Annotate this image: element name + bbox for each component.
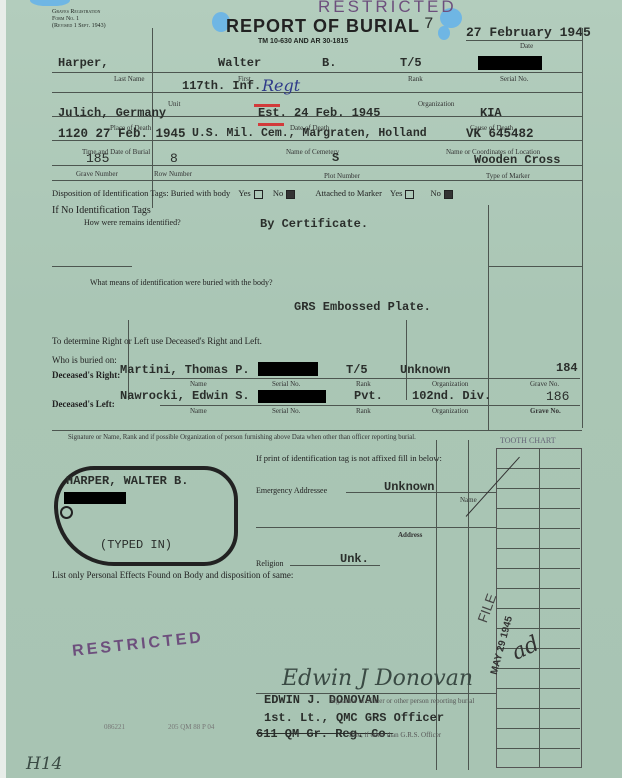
- title-label: Title, if other than G.R.S. Officer: [348, 731, 441, 739]
- red-mark: [258, 123, 284, 126]
- grave-number: 185: [86, 151, 109, 166]
- deceased-rank: T/5: [400, 56, 422, 70]
- col-org-label: Organization: [432, 380, 468, 388]
- grave-number-label: Grave Number: [76, 170, 118, 178]
- how-identified-answer: By Certificate.: [260, 217, 368, 231]
- religion-value: Unk.: [340, 552, 369, 566]
- right-serial-redaction: [258, 362, 318, 376]
- dog-tag-note: (TYPED IN): [100, 538, 172, 552]
- emergency-addressee-value: Unknown: [384, 480, 434, 494]
- deceased-unit: 117th. Inf.: [182, 79, 261, 93]
- means-answer: GRS Embossed Plate.: [294, 300, 431, 314]
- deceased-initial: B.: [322, 56, 336, 70]
- handwritten-corner-note: H14: [26, 754, 62, 774]
- blue-spot: [438, 26, 450, 40]
- col-org-label: Organization: [432, 407, 468, 415]
- organization-label: Organization: [418, 100, 454, 108]
- type-of-marker: Wooden Cross: [474, 153, 560, 167]
- location-coordinates: VK 645482: [466, 127, 534, 141]
- left-grave: 186: [546, 389, 569, 404]
- no-tags-heading: If No Identification Tags: [52, 205, 151, 216]
- left-serial-redaction: [258, 390, 326, 403]
- stamp-code-1: 086221: [104, 723, 125, 731]
- report-date: 27 February 1945: [466, 25, 591, 40]
- signature-label: Signature of officer or other person rep…: [330, 697, 474, 705]
- col-rank-label: Rank: [356, 407, 371, 415]
- personal-effects-label: List only Personal Effects Found on Body…: [52, 570, 293, 580]
- col-serial-label: Serial No.: [272, 380, 300, 388]
- deceased-left-label: Deceased's Left:: [52, 399, 115, 409]
- plot-number-label: Plot Number: [324, 172, 360, 180]
- form-agency: Graves Registration: [52, 9, 106, 16]
- cause-of-death: KIA: [480, 106, 502, 120]
- stamp-code-2: 205 QM 88 P 04: [168, 723, 214, 731]
- buried-yes-checkbox[interactable]: [254, 190, 263, 199]
- unit-handwritten: Regt: [262, 76, 300, 95]
- form-revision: (Revised 1 Sept. 1943): [52, 23, 106, 30]
- type-of-marker-label: Type of Marker: [486, 172, 530, 180]
- red-mark: [254, 104, 280, 107]
- row-number: 8: [170, 151, 178, 166]
- left-name: Nawrocki, Edwin S.: [120, 389, 250, 403]
- col-serial-label: Serial No.: [272, 407, 300, 415]
- restricted-stamp-top: RESTRICTED: [318, 0, 457, 17]
- right-left-instruction: To determine Right or Left use Deceased'…: [52, 336, 262, 346]
- dog-tag-name: HARPER, WALTER B.: [66, 474, 188, 488]
- attached-no-checkbox[interactable]: [444, 190, 453, 199]
- deceased-right-label: Deceased's Right:: [52, 370, 120, 380]
- time-date-burial: 1120 27 Feb. 1945: [58, 127, 186, 141]
- right-grave: 184: [556, 361, 578, 375]
- right-rank: T/5: [346, 363, 368, 377]
- serial-redaction: [478, 56, 542, 70]
- rank-label: Rank: [408, 75, 423, 83]
- means-question: What means of identification were buried…: [90, 278, 273, 287]
- buried-no-checkbox[interactable]: [286, 190, 295, 199]
- emergency-addressee-label: Emergency Addressee: [256, 486, 327, 495]
- religion-label: Religion: [256, 559, 284, 568]
- officer-signature: Edwin J Donovan: [282, 666, 473, 691]
- form-id: Graves Registration Form No. 1 (Revised …: [52, 9, 106, 30]
- left-rank: Pvt.: [354, 389, 383, 403]
- date-of-death: Est. 24 Feb. 1945: [258, 106, 380, 120]
- page-number: 7: [424, 15, 434, 33]
- left-organization: 102nd. Div.: [412, 389, 491, 403]
- col-grave-label: Grave No.: [530, 380, 559, 388]
- col-name-label: Name: [190, 407, 207, 415]
- attached-yes-checkbox[interactable]: [405, 190, 414, 199]
- form-number: Form No. 1: [52, 16, 106, 23]
- officer-rank-title: 1st. Lt., QMC GRS Officer: [264, 711, 444, 725]
- tooth-chart-label: TOOTH CHART: [500, 436, 556, 445]
- deceased-first-name: Walter: [218, 56, 261, 70]
- place-of-death: Julich, Germany: [58, 106, 166, 120]
- col-rank-label: Rank: [356, 380, 371, 388]
- col-grave-label: Grave No.: [530, 407, 561, 415]
- plot-number: S: [332, 151, 339, 165]
- col-name-label: Name: [190, 380, 207, 388]
- deceased-last-name: Harper,: [58, 56, 108, 70]
- row-number-label: Row Number: [154, 170, 192, 178]
- dog-tag-hole: [60, 506, 73, 519]
- dog-tag-serial-redaction: [64, 492, 126, 504]
- right-organization: Unknown: [400, 363, 450, 377]
- address-label: Address: [398, 531, 422, 539]
- date-label: Date: [520, 42, 533, 50]
- cemetery-name: U.S. Mil. Cem., Margraten, Holland: [192, 127, 427, 140]
- serial-label: Serial No.: [500, 75, 528, 83]
- form-title: REPORT OF BURIAL: [226, 16, 420, 37]
- how-identified-question: How were remains identified?: [84, 218, 181, 227]
- unit-label: Unit: [168, 100, 180, 108]
- right-name: Martini, Thomas P.: [120, 363, 250, 377]
- id-tags-disposition: Disposition of Identification Tags: Buri…: [52, 188, 453, 199]
- tag-fill-instruction: If print of identification tag is not af…: [256, 453, 442, 463]
- signature-note: Signature or Name, Rank and if possible …: [68, 434, 416, 441]
- who-buried-label: Who is buried on:: [52, 355, 117, 365]
- form-subtitle: TM 10-630 AND AR 30-1815: [258, 38, 348, 45]
- last-name-label: Last Name: [114, 75, 145, 83]
